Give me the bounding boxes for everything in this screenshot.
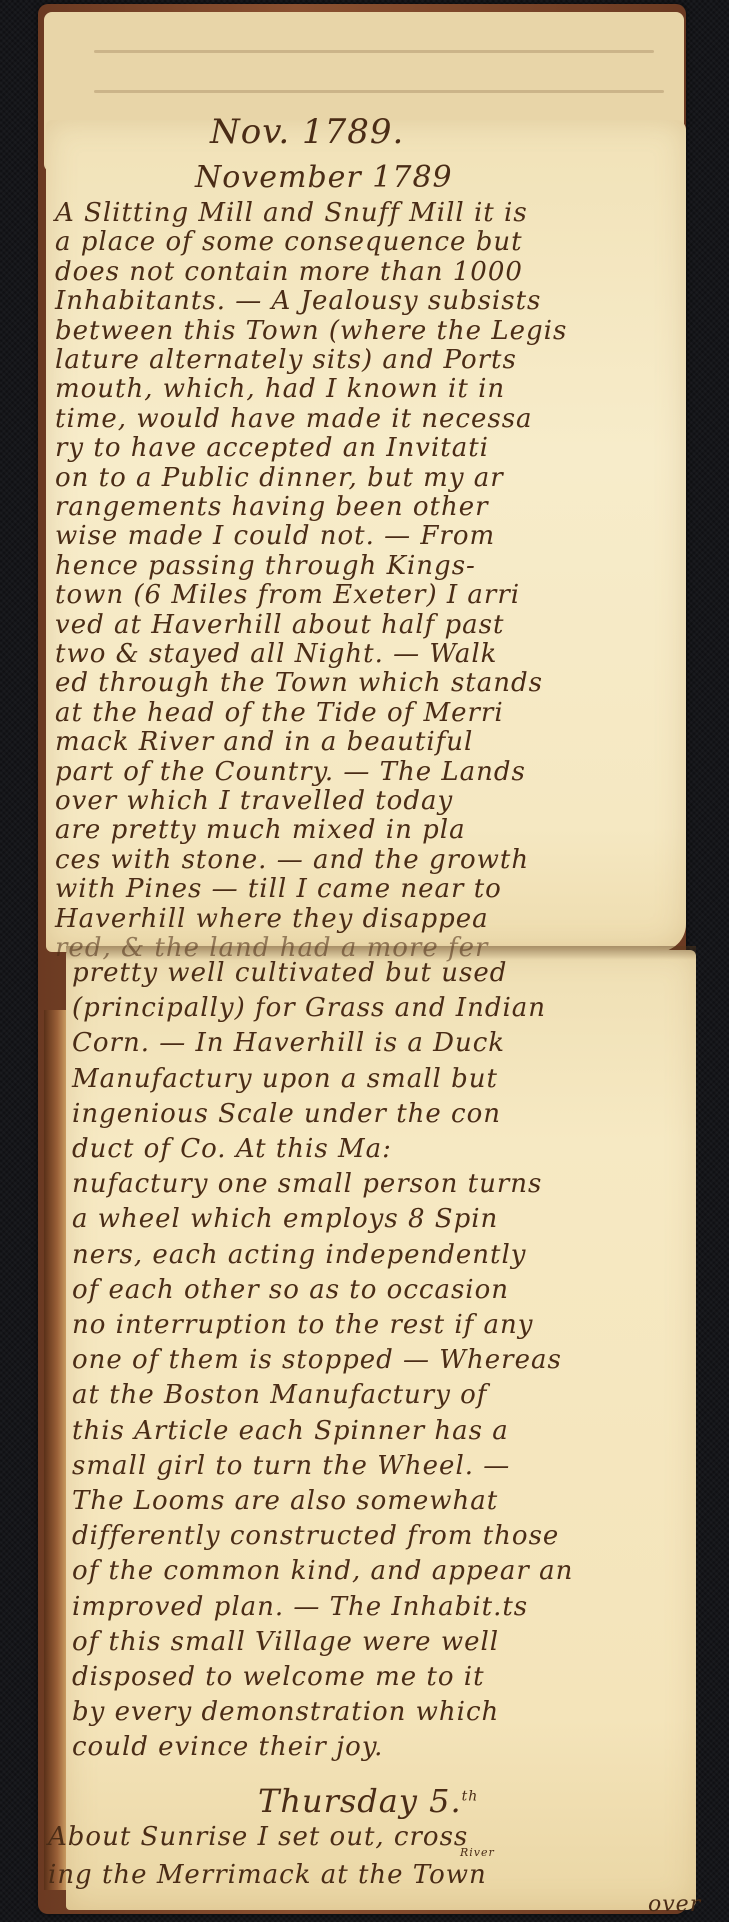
text-line: nufactury one small person turns xyxy=(72,1169,542,1199)
text-line: Corn. — In Haverhill is a Duck xyxy=(72,1028,505,1058)
text-line: ces with stone. — and the growth xyxy=(55,845,529,875)
text-line: lature alternately sits) and Ports xyxy=(55,345,517,375)
text-line: of this small Village were well xyxy=(72,1627,499,1657)
text-line: ry to have accepted an Invitati xyxy=(55,433,489,463)
text-line: ved at Haverhill about half past xyxy=(55,610,504,640)
text-line: ed through the Town which stands xyxy=(55,668,543,698)
text-line: on to a Public dinner, but my ar xyxy=(55,463,504,493)
text-line: between this Town (where the Legis xyxy=(55,316,567,346)
text-line: two & stayed all Night. — Walk xyxy=(55,639,497,669)
text-line: town (6 Miles from Exeter) I arri xyxy=(55,580,520,610)
text-line: could evince their joy. xyxy=(72,1732,383,1762)
text-line: rangements having been other xyxy=(55,492,489,522)
text-line: mack River and in a beautiful xyxy=(55,727,473,757)
text-line: ingenious Scale under the con xyxy=(72,1099,501,1129)
text-line: Haverhill where they disappea xyxy=(55,904,489,934)
text-line: (principally) for Grass and Indian xyxy=(72,993,546,1023)
page-edge xyxy=(94,90,664,93)
text-line: a place of some consequence but xyxy=(55,227,523,257)
binding-edge xyxy=(44,1010,66,1890)
text-line: part of the Country. — The Lands xyxy=(55,757,526,787)
text-line: over which I travelled today xyxy=(55,786,453,816)
text-line: by every demonstration which xyxy=(72,1697,499,1727)
text-line: pretty well cultivated but used xyxy=(72,958,507,988)
text-line: Manufactury upon a small but xyxy=(72,1064,498,1094)
text-line: Inhabitants. — A Jealousy subsists xyxy=(55,286,541,316)
entry-line: About Sunrise I set out, cross xyxy=(48,1822,468,1852)
entry-line: ing the Merrimack at the Town xyxy=(48,1860,487,1890)
text-line: a wheel which employs 8 Spin xyxy=(72,1204,498,1234)
text-line: differently constructed from those xyxy=(72,1521,559,1551)
text-line: at the Boston Manufactury of xyxy=(72,1380,487,1410)
header-date: Nov. 1789. xyxy=(210,112,404,152)
text-line: mouth, which, had I known it in xyxy=(55,374,505,404)
text-line: of each other so as to occasion xyxy=(72,1275,509,1305)
text-line: The Looms are also somewhat xyxy=(72,1486,498,1516)
text-line: one of them is stopped — Whereas xyxy=(72,1345,562,1375)
entry-heading-text: Thursday 5. xyxy=(258,1782,462,1820)
text-line: improved plan. — The Inhabit.ts xyxy=(72,1592,528,1622)
text-line: of the common kind, and appear an xyxy=(72,1556,573,1586)
text-line: does not contain more than 1000 xyxy=(55,257,523,287)
text-line: time, would have made it necessa xyxy=(55,404,533,434)
insertion-note: River xyxy=(460,1846,495,1859)
text-line: ners, each acting independently xyxy=(72,1240,526,1270)
catchword: over xyxy=(648,1892,701,1917)
text-line: with Pines — till I came near to xyxy=(55,874,502,904)
text-line: A Slitting Mill and Snuff Mill it is xyxy=(55,198,528,228)
text-line: duct of Co. At this Ma: xyxy=(72,1134,392,1164)
text-line: wise made I could not. — From xyxy=(55,521,495,551)
entry-heading-superscript: th xyxy=(462,1788,479,1804)
text-line: no interruption to the rest if any xyxy=(72,1310,533,1340)
text-line: at the head of the Tide of Merri xyxy=(55,698,504,728)
page-edge xyxy=(94,50,654,53)
text-line: disposed to welcome me to it xyxy=(72,1662,485,1692)
page-title: November 1789 xyxy=(195,160,453,195)
text-line: hence passing through Kings- xyxy=(55,551,476,581)
entry-heading: Thursday 5.th xyxy=(258,1782,478,1820)
text-line: this Article each Spinner has a xyxy=(72,1416,509,1446)
text-line: are pretty much mixed in pla xyxy=(55,815,466,845)
text-line: small girl to turn the Wheel. — xyxy=(72,1451,510,1481)
